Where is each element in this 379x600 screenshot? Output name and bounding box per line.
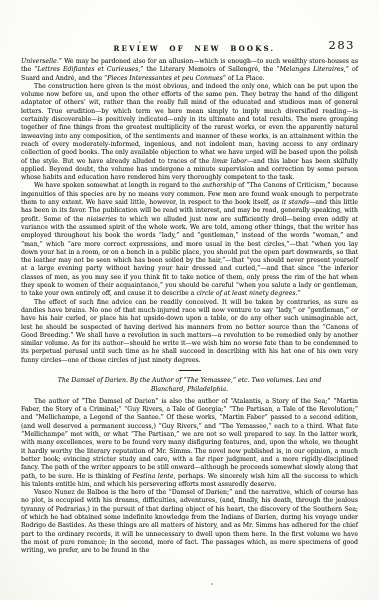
italic-phrase: Pieces Interessantes et peu Connues: [107, 75, 223, 82]
italic-phrase: niaiseries: [87, 216, 117, 223]
page-number: 283: [329, 38, 355, 52]
review-paragraph: We have spoken somewhat at length in reg…: [21, 182, 358, 298]
italic-phrase: Universelle.”: [21, 58, 62, 65]
review-paragraph: The author of “The Damsel of Darien” is …: [21, 398, 358, 489]
italic-phrase: as it stands: [272, 199, 309, 206]
review-body: Universelle.” We may be pardoned also fo…: [21, 58, 358, 556]
scanned-book-page: REVIEW OF NEW BOOKS. 283 Universelle.” W…: [0, 0, 379, 600]
scan-speck: [211, 583, 213, 585]
running-head-title: REVIEW OF NEW BOOKS.: [114, 44, 276, 53]
review-paragraph: The construction here given is the most …: [21, 83, 358, 183]
review-paragraph: The effect of such fine advice can be re…: [21, 299, 358, 365]
review-heading: The Damsel of Darien. By the Author of “…: [47, 377, 332, 394]
section-divider-rule: [179, 370, 201, 371]
italic-phrase: circle of at least ninety degrees: [196, 290, 295, 297]
italic-phrase: Festina lente: [132, 473, 173, 480]
running-head: REVIEW OF NEW BOOKS. 283: [21, 40, 358, 56]
italic-phrase: limæ labor: [212, 158, 247, 165]
italic-phrase: Melanges Literaires: [280, 66, 344, 73]
italic-phrase: authorship: [202, 182, 236, 189]
review-paragraph: Vasco Nunez de Balboa is the hero of the…: [21, 489, 358, 555]
italic-phrase: Lettres Edifiantes et Curieuses: [37, 66, 138, 73]
review-paragraph: Universelle.” We may be pardoned also fo…: [21, 58, 358, 83]
